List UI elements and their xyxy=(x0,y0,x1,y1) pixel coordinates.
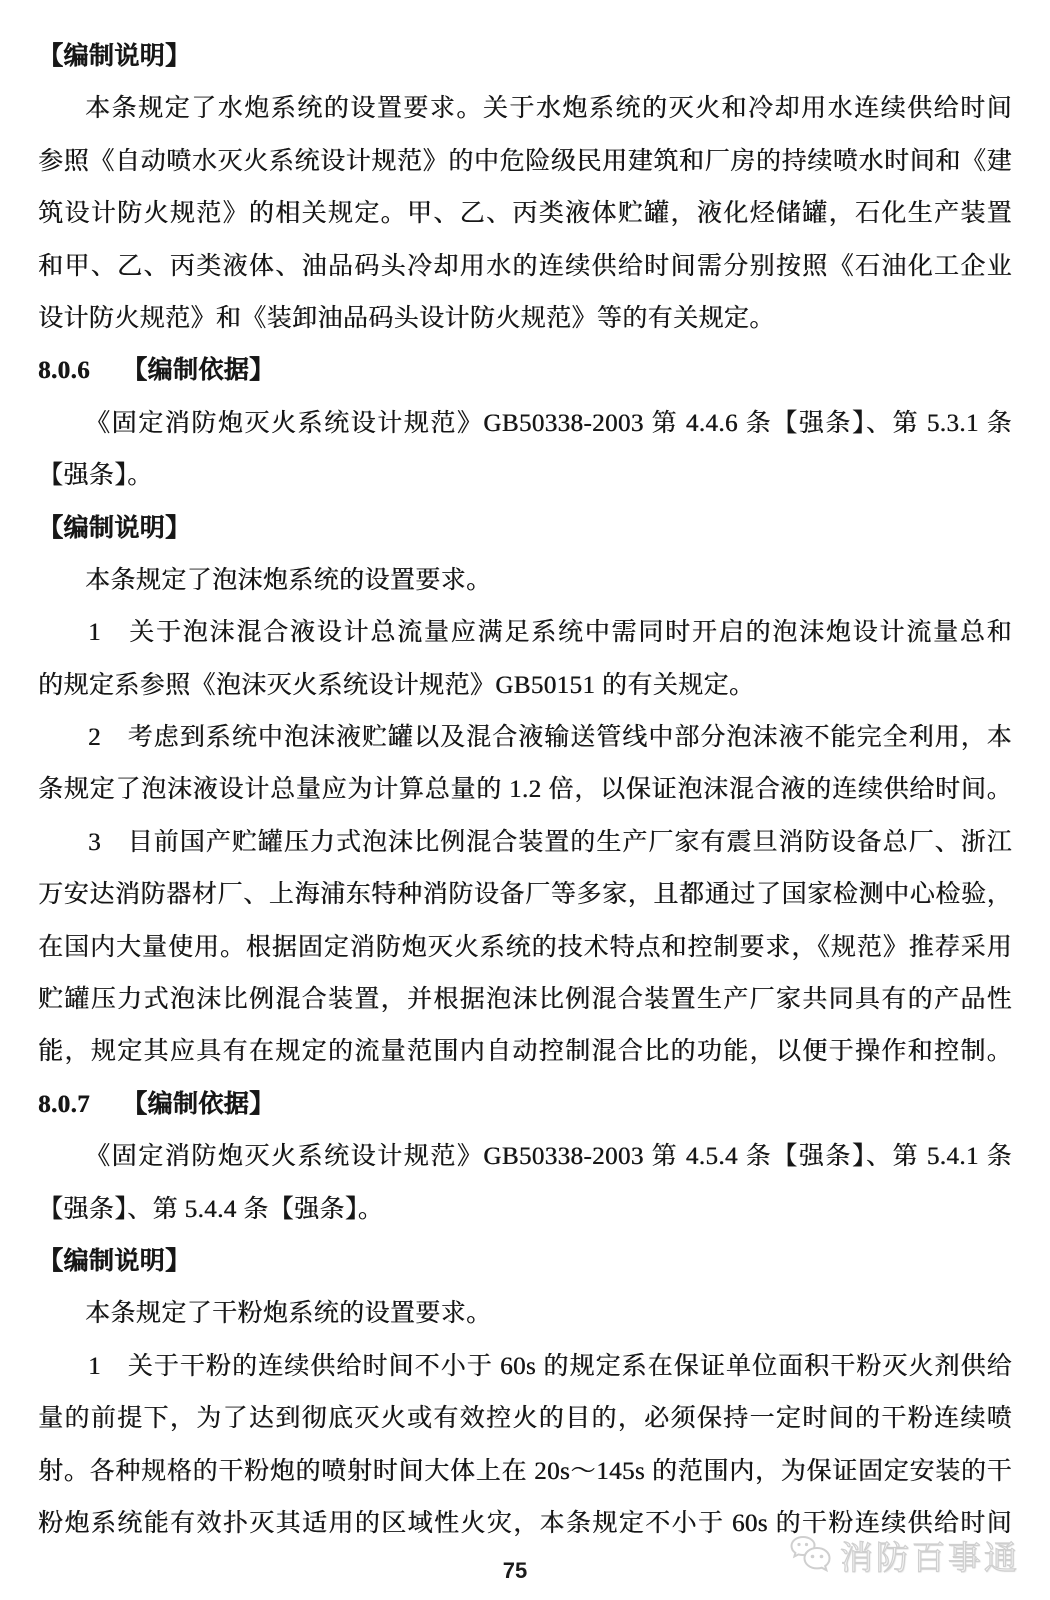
text-line: 筑设计防火规范》的相关规定。甲、乙、丙类液体贮罐，液化烃储罐，石化生产装置 xyxy=(38,188,1012,240)
document-text: 【编制说明】本条规定了水炮系统的设置要求。关于水炮系统的灭火和冷却用水连续供给时… xyxy=(38,31,1012,1550)
text-line: 8.0.7 【编制依据】 xyxy=(38,1079,1012,1131)
text-line: 1 关于干粉的连续供给时间不小于 60s 的规定系在保证单位面积干粉灭火剂供给 xyxy=(38,1341,1012,1393)
text-line: 本条规定了干粉炮系统的设置要求。 xyxy=(38,1288,1012,1340)
text-line: 条规定了泡沫液设计总量应为计算总量的 1.2 倍，以保证泡沫混合液的连续供给时间… xyxy=(38,764,1012,816)
text-line: 《固定消防炮灭火系统设计规范》GB50338-2003 第 4.4.6 条【强条… xyxy=(38,398,1012,450)
text-line: 的规定系参照《泡沫灭火系统设计规范》GB50151 的有关规定。 xyxy=(38,660,1012,712)
text-line: 设计防火规范》和《装卸油品码头设计防火规范》等的有关规定。 xyxy=(38,293,1012,345)
text-line: 本条规定了水炮系统的设置要求。关于水炮系统的灭火和冷却用水连续供给时间 xyxy=(38,83,1012,135)
text-line: 【编制说明】 xyxy=(38,1236,1012,1288)
text-line: 【强条】、第 5.4.4 条【强条】。 xyxy=(38,1184,1012,1236)
text-line: 在国内大量使用。根据固定消防炮灭火系统的技术特点和控制要求，《规范》推荐采用 xyxy=(38,922,1012,974)
text-line: 和甲、乙、丙类液体、油品码头冷却用水的连续供给时间需分别按照《石油化工企业 xyxy=(38,241,1012,293)
text-line: 能，规定其应具有在规定的流量范围内自动控制混合比的功能，以便于操作和控制。 xyxy=(38,1026,1012,1078)
text-line: 《固定消防炮灭火系统设计规范》GB50338-2003 第 4.5.4 条【强条… xyxy=(38,1131,1012,1183)
text-line: 粉炮系统能有效扑灭其适用的区域性火灾，本条规定不小于 60s 的干粉连续供给时间 xyxy=(38,1498,1012,1550)
text-line: 1 关于泡沫混合液设计总流量应满足系统中需同时开启的泡沫炮设计流量总和 xyxy=(38,607,1012,659)
text-line: 2 考虑到系统中泡沫液贮罐以及混合液输送管线中部分泡沫液不能完全利用，本 xyxy=(38,712,1012,764)
text-line: 【强条】。 xyxy=(38,450,1012,502)
text-line: 万安达消防器材厂、上海浦东特种消防设备厂等多家，且都通过了国家检测中心检验， xyxy=(38,869,1012,921)
text-line: 本条规定了泡沫炮系统的设置要求。 xyxy=(38,555,1012,607)
text-line: 3 目前国产贮罐压力式泡沫比例混合装置的生产厂家有震旦消防设备总厂、浙江 xyxy=(38,817,1012,869)
text-line: 【编制说明】 xyxy=(38,503,1012,555)
text-line: 8.0.6 【编制依据】 xyxy=(38,345,1012,397)
text-line: 参照《自动喷水灭火系统设计规范》的中危险级民用建筑和厂房的持续喷水时间和《建 xyxy=(38,136,1012,188)
page-number: 75 xyxy=(0,1558,1030,1584)
text-line: 量的前提下，为了达到彻底灭火或有效控火的目的，必须保持一定时间的干粉连续喷 xyxy=(38,1393,1012,1445)
text-line: 射。各种规格的干粉炮的喷射时间大体上在 20s～145s 的范围内，为保证固定安… xyxy=(38,1446,1012,1498)
text-line: 【编制说明】 xyxy=(38,31,1012,83)
text-line: 贮罐压力式泡沫比例混合装置，并根据泡沫比例混合装置生产厂家共同具有的产品性 xyxy=(38,974,1012,1026)
document-page: 【编制说明】本条规定了水炮系统的设置要求。关于水炮系统的灭火和冷却用水连续供给时… xyxy=(0,0,1050,1600)
